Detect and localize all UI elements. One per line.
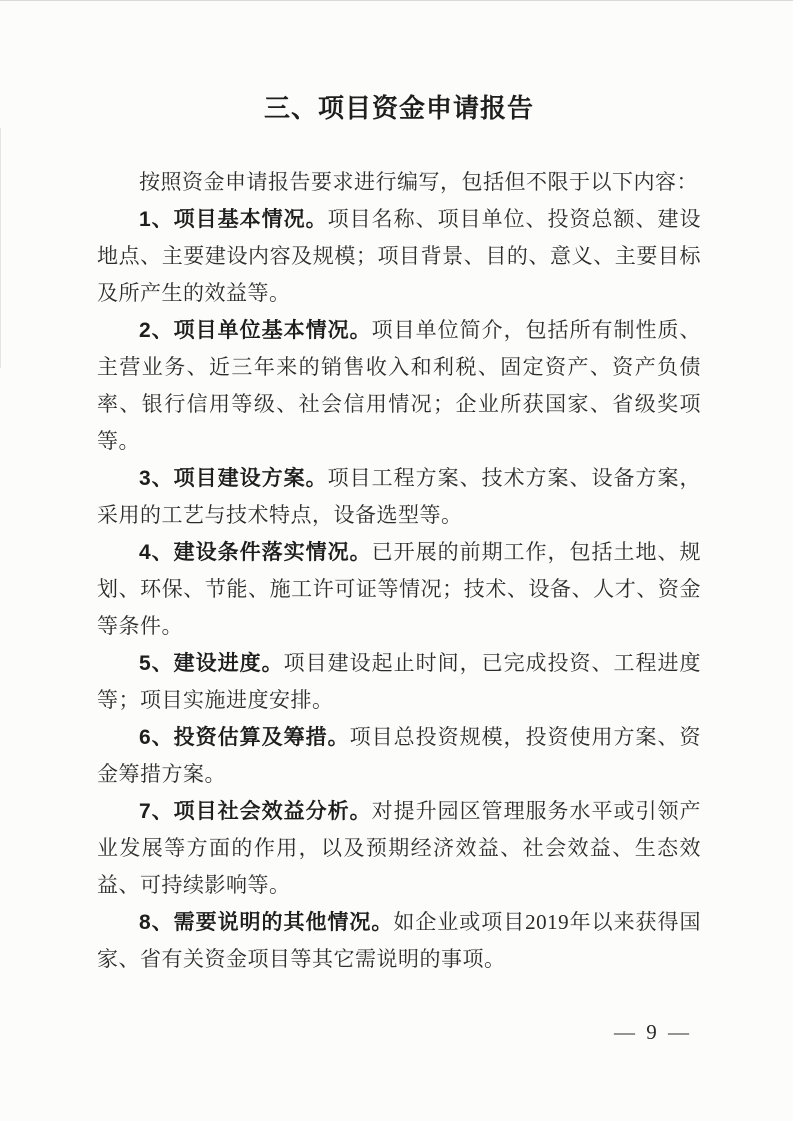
item-paragraph-2: 2、项目单位基本情况。项目单位简介，包括所有制性质、主营业务、近三年来的销售收入… xyxy=(97,312,701,460)
item-paragraph-7: 7、项目社会效益分析。对提升园区管理服务水平或引领产业发展等方面的作用，以及预期… xyxy=(97,793,701,904)
item-label: 1、项目基本情况。 xyxy=(139,208,328,231)
item-label: 7、项目社会效益分析。 xyxy=(139,800,372,823)
item-paragraph-5: 5、建设进度。项目建设起止时间，已完成投资、工程进度等；项目实施进度安排。 xyxy=(97,645,701,719)
item-paragraph-1: 1、项目基本情况。项目名称、项目单位、投资总额、建设地点、主要建设内容及规模；项… xyxy=(97,201,701,312)
item-paragraph-8: 8、需要说明的其他情况。如企业或项目2019年以来获得国家、省有关资金项目等其它… xyxy=(97,904,701,978)
item-paragraph-3: 3、项目建设方案。项目工程方案、技术方案、设备方案，采用的工艺与技术特点，设备选… xyxy=(97,460,701,534)
intro-paragraph: 按照资金申请报告要求进行编写，包括但不限于以下内容： xyxy=(97,164,701,201)
item-label: 6、投资估算及筹措。 xyxy=(139,726,350,749)
document-title: 三、项目资金申请报告 xyxy=(97,88,701,128)
item-label: 4、建设条件落实情况。 xyxy=(139,541,372,564)
item-label: 8、需要说明的其他情况。 xyxy=(139,911,393,934)
item-label: 2、项目单位基本情况。 xyxy=(139,319,372,342)
page-number: — 9 — xyxy=(614,1020,692,1045)
scan-edge-artifact xyxy=(0,128,1,368)
document-page: 三、项目资金申请报告 按照资金申请报告要求进行编写，包括但不限于以下内容： 1、… xyxy=(0,0,793,1121)
item-label: 3、项目建设方案。 xyxy=(139,467,328,490)
document-content: 三、项目资金申请报告 按照资金申请报告要求进行编写，包括但不限于以下内容： 1、… xyxy=(97,88,701,978)
item-label: 5、建设进度。 xyxy=(139,652,284,675)
scan-edge-artifact xyxy=(0,0,793,1)
item-paragraph-6: 6、投资估算及筹措。项目总投资规模，投资使用方案、资金筹措方案。 xyxy=(97,719,701,793)
item-paragraph-4: 4、建设条件落实情况。已开展的前期工作，包括土地、规划、环保、节能、施工许可证等… xyxy=(97,534,701,645)
